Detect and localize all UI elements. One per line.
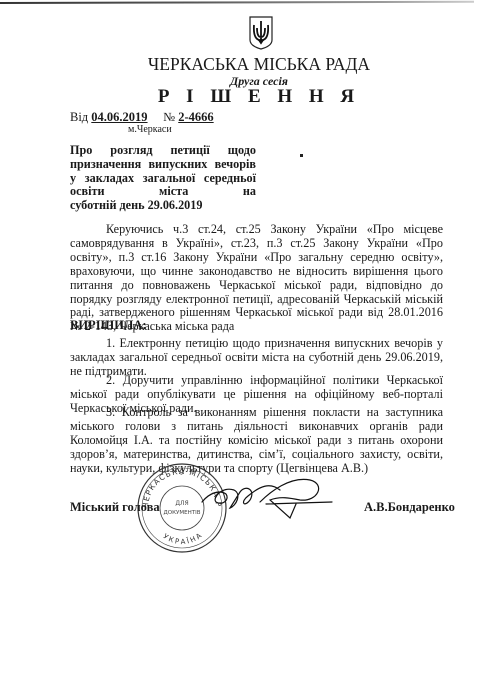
decision-dateline: Від 04.06.2019 № 2-4666	[70, 110, 214, 125]
subject-line: призначення випускних	[70, 157, 207, 171]
decision-number: 2-4666	[178, 110, 213, 124]
number-label: №	[163, 110, 175, 124]
signatory-name: А.В.Бондаренко	[364, 500, 455, 515]
decision-date: 04.06.2019	[91, 110, 147, 124]
decision-title: Р І Ш Е Н Н Я	[0, 86, 480, 108]
from-label: Від	[70, 110, 88, 124]
svg-text:УКРАЇНА: УКРАЇНА	[162, 531, 205, 547]
tryzub-coat-of-arms-icon	[248, 16, 274, 50]
seal-center-line2: ДОКУМЕНТІВ	[164, 510, 201, 516]
city-label: м.Черкаси	[128, 124, 172, 135]
subject-line: суботній день 29.06.2019	[70, 199, 256, 213]
scan-edge-line	[0, 1, 474, 4]
seal-center-line1: ДЛЯ	[175, 500, 188, 507]
seal-bottom-text: УКРАЇНА	[162, 531, 205, 547]
signatory-role: Міський голова	[70, 500, 160, 515]
subject-line: Про розгляд петиції щодо	[70, 143, 256, 157]
scan-artifact-dot	[300, 154, 303, 157]
resolution-item-3: 3. Контроль за виконанням рішення поклас…	[70, 406, 443, 476]
council-name: ЧЕРКАСЬКА МІСЬКА РАДА	[0, 54, 480, 75]
decision-subject: Про розгляд петиції щодо призначення вип…	[70, 144, 256, 213]
resolved-label: ВИРІШИЛА:	[70, 318, 147, 333]
handwritten-signature	[200, 472, 335, 522]
